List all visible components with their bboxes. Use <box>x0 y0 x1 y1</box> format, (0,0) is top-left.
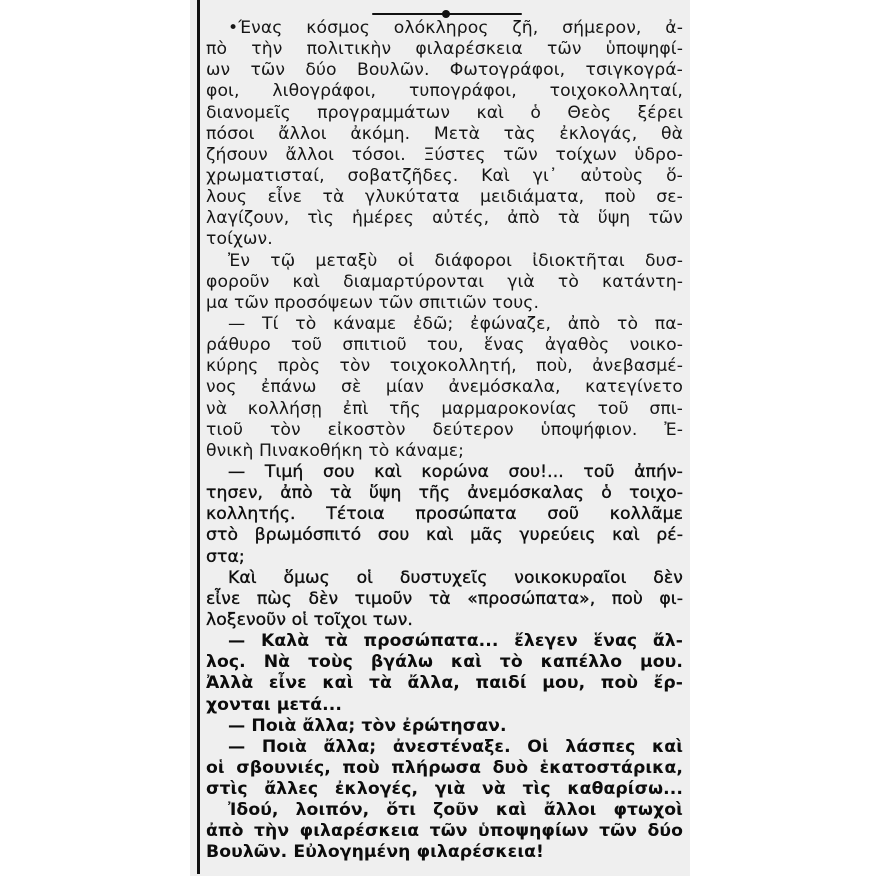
article-line: Ἐν τῷ μεταξὺ οἱ διάφοροι ἰδιοκτῆται δυσ- <box>206 251 683 272</box>
article-line: Καὶ ὅμως οἱ δυστυχεῖς νοικοκυραῖοι δὲν <box>206 568 683 589</box>
article-line: κολλητής. Τέτοια προσώπατα σοῦ κολλᾶμε <box>206 504 683 525</box>
article-line: — Ποιὰ ἄλλα; ἀνεστέναξε. Οἱ λάσπες καὶ <box>206 737 683 758</box>
article-line: κύρης πρὸς τὸν τοιχοκολλητή, ποὺ, ἀνεβασ… <box>206 356 683 377</box>
article-line: στὶς ἄλλες ἐκλογές, γιὰ νὰ τὶς καθαρίσω.… <box>206 779 683 800</box>
article-line: λος. Νὰ τοὺς βγάλω καὶ τὸ καπέλλο μου. <box>206 652 683 673</box>
article-line: ζήσουν ἄλλοι τόσοι. Ξύστες τῶν τοίχων ὑδ… <box>206 145 683 166</box>
article-line: τοίχων. <box>206 229 683 250</box>
article-line: χονται μετά... <box>206 695 683 716</box>
article-line: Ἀλλὰ εἶνε καὶ τὰ ἄλλα, παιδί μου, ποὺ ἔρ… <box>206 673 683 694</box>
ornament-dot-icon <box>442 10 450 18</box>
article-line: ἀπὸ τὴν φιλαρέσκεια τῶν ὑποψηφίων τῶν δύ… <box>206 821 683 842</box>
article-line: διανομεῖς προγραμμάτων καὶ ὁ Θεὸς ξέρει <box>206 103 683 124</box>
article-line: — Καλὰ τὰ προσώπατα... ἔλεγεν ἕνας ἄλ- <box>206 631 683 652</box>
article-line: ράθυρο τοῦ σπιτιοῦ του, ἕνας ἀγαθὸς νοικ… <box>206 335 683 356</box>
article-line: θνικὴ Πινακοθήκη τὸ κάναμε; <box>206 441 683 462</box>
article-line: Ἰδού, λοιπόν, ὅτι ζοῦν καὶ ἄλλοι φτωχοὶ <box>206 800 683 821</box>
article-line: μα τῶν προσόψεων τῶν σπιτιῶν τους. <box>206 293 683 314</box>
article-line: πὸ τὴν πολιτικὴν φιλαρέσκεια τῶν ὑποψηφί… <box>206 39 683 60</box>
article-line: εἶνε πὼς δὲν τιμοῦν τὰ «προσώπατα», ποὺ … <box>206 589 683 610</box>
article-line: λαγίζουν, τὶς ἡμέρες αὐτές, ἀπὸ τὰ ὕψη τ… <box>206 208 683 229</box>
article-line: οἱ σβουνιές, ποὺ πλήρωσα δυὸ ἑκατοστάρικ… <box>206 758 683 779</box>
article-line: φοι, λιθογράφοι, τυπογράφοι, τοιχοκολλητ… <box>206 81 683 102</box>
article-body: •Ένας κόσμος ολόκληρος ζῆ, σήμερον, ἀ-πὸ… <box>206 18 683 864</box>
article-line: στὸ βρωμόσπιτό σου καὶ μᾶς γυρεύεις καὶ … <box>206 525 683 546</box>
article-line: στα; <box>206 547 683 568</box>
article-line: λοξενοῦν οἱ τοῖχοι των. <box>206 610 683 631</box>
article-line: τιοῦ τὸν εἰκοστὸν δεύτερον ὑποψήφιον. Ἐ- <box>206 420 683 441</box>
article-line: τησεν, ἀπὸ τὰ ὕψη τῆς ἀνεμόσκαλας ὁ τοιχ… <box>206 483 683 504</box>
article-line: φοροῦν καὶ διαμαρτύρονται γιὰ τὸ κατάντη… <box>206 272 683 293</box>
ornament-divider <box>372 10 522 18</box>
article-line: ων τῶν δύο Βουλῶν. Φωτογράφοι, τσιγκογρά… <box>206 60 683 81</box>
article-line: — Ποιὰ ἄλλα; τὸν ἐρώτησαν. <box>206 716 683 737</box>
article-line: πόσοι ἄλλοι ἀκόμη. Μετὰ τὰς ἐκλογάς, θὰ <box>206 124 683 145</box>
article-line: λους εἶνε τὰ γλυκύτατα μειδιάματα, ποὺ σ… <box>206 187 683 208</box>
article-line: Βουλῶν. Εὐλογημένη φιλαρέσκεια! <box>206 842 683 863</box>
article-line: — Τιμή σου καὶ κορώνα σου!... τοῦ ἀπήν- <box>206 462 683 483</box>
article-line: νὰ κολλήσῃ ἐπὶ τῆς μαρμαροκονίας τοῦ σπι… <box>206 399 683 420</box>
article-line: νος ἐπάνω σὲ μίαν ἀνεμόσκαλα, κατεγίνετο <box>206 377 683 398</box>
article-line: •Ένας κόσμος ολόκληρος ζῆ, σήμερον, ἀ- <box>206 18 683 39</box>
article-line: — Τί τὸ κάναμε ἐδῶ; ἐφώναζε, ἀπὸ τὸ πα- <box>206 314 683 335</box>
article-line: χρωματισταί, σοβατζῆδες. Καὶ γι᾿ αὐτοὺς … <box>206 166 683 187</box>
column-rule-left <box>197 0 200 874</box>
